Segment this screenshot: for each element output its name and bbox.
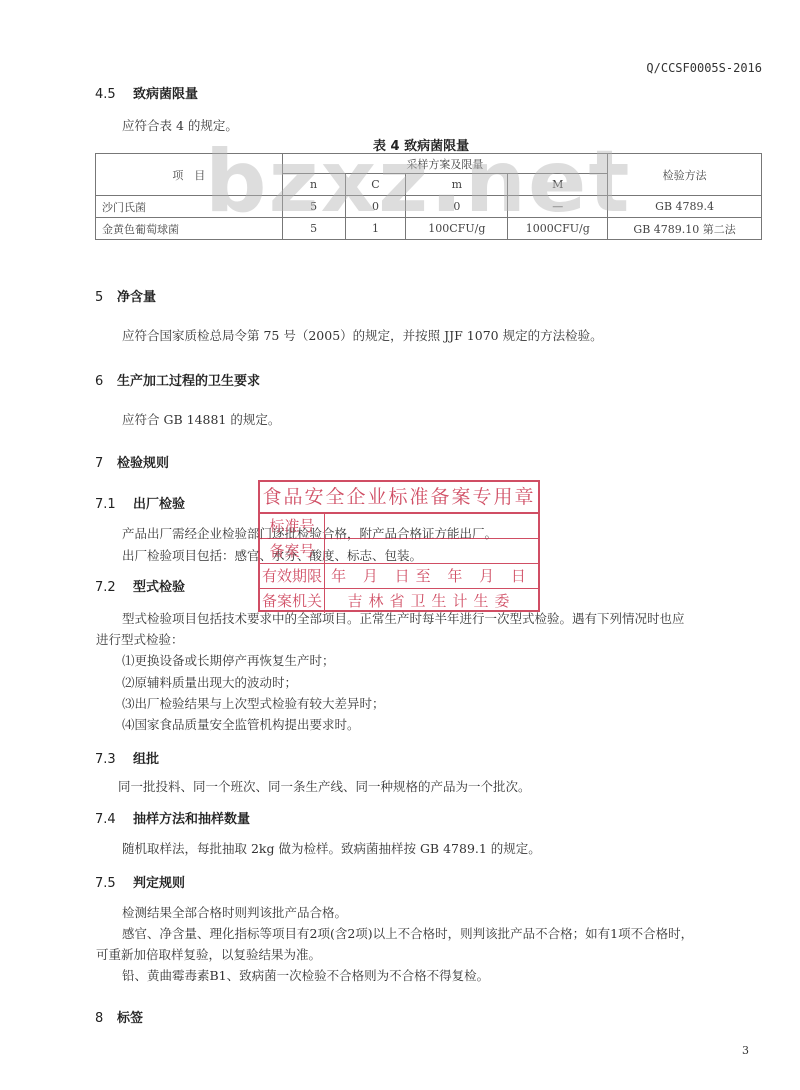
section-7-2-line-2: 进行型式检验：: [96, 630, 184, 648]
section-7-5-line-1: 检测结果全部合格时则判该批产品合格。: [122, 903, 347, 921]
stamp-title: 食品安全企业标准备案专用章: [260, 482, 538, 514]
section-5-heading: 5净含量: [95, 286, 156, 305]
section-7-1-heading: 7.1出厂检验: [95, 493, 185, 512]
cell-n: 5: [282, 218, 345, 240]
header-c: C: [345, 174, 406, 196]
section-7-2-item-3: ⑶出厂检验结果与上次型式检验有较大差异时；: [122, 694, 385, 712]
cell-method: GB 4789.4: [608, 196, 762, 218]
section-7-2-line-1: 型式检验项目包括技术要求中的全部项目。正常生产时每半年进行一次型式检验。遇有下列…: [122, 609, 685, 627]
section-5-text: 应符合国家质检总局令第 75 号（2005）的规定，并按照 JJF 1070 规…: [122, 326, 603, 344]
section-4-5-heading: 4.5致病菌限量: [95, 83, 198, 102]
section-4-5-text: 应符合表 4 的规定。: [122, 116, 238, 134]
section-number: 4.5: [95, 87, 133, 102]
section-7-5-heading: 7.5判定规则: [95, 872, 185, 891]
section-number: 7.4: [95, 812, 133, 827]
section-7-5-line-3: 可重新加倍取样复验，以复验结果为准。: [96, 945, 321, 963]
section-title: 标签: [117, 1011, 143, 1026]
section-title: 生产加工过程的卫生要求: [117, 374, 260, 389]
table-row: 沙门氏菌 5 0 0 — GB 4789.4: [96, 196, 762, 218]
section-number: 6: [95, 374, 117, 389]
document-code: Q/CCSF0005S-2016: [646, 61, 762, 75]
section-7-2-heading: 7.2型式检验: [95, 576, 185, 595]
section-title: 出厂检验: [133, 497, 185, 512]
section-7-1-line-1: 产品出厂需经企业检验部门逐批检验合格，附产品合格证方能出厂。: [122, 524, 497, 542]
section-number: 7.1: [95, 497, 133, 512]
section-7-5-line-4: 铅、黄曲霉毒素B1、致病菌一次检验不合格则为不合格不得复检。: [122, 966, 489, 984]
header-sampling-plan: 采样方案及限量: [282, 154, 608, 174]
section-7-3-text: 同一批投料、同一个班次、同一条生产线、同一种规格的产品为一个批次。: [118, 777, 531, 795]
section-7-3-heading: 7.3组批: [95, 748, 159, 767]
section-7-4-text: 随机取样法，每批抽取 2kg 做为检样。致病菌抽样按 GB 4789.1 的规定…: [122, 839, 541, 857]
section-title: 检验规则: [117, 456, 169, 471]
section-7-5-line-2: 感官、净含量、理化指标等项目有2项(含2项)以上不合格时，则判该批产品不合格；如…: [122, 924, 693, 942]
section-7-4-heading: 7.4抽样方法和抽样数量: [95, 808, 250, 827]
table-caption: 表 4 致病菌限量: [373, 135, 469, 154]
cell-c: 0: [345, 196, 406, 218]
cell-m-lower: 0: [406, 196, 508, 218]
section-number: 7: [95, 456, 117, 471]
section-number: 7.2: [95, 580, 133, 595]
header-test-method: 检验方法: [608, 154, 762, 196]
section-7-2-item-4: ⑷国家食品质量安全监管机构提出要求时。: [122, 715, 360, 733]
section-title: 组批: [133, 752, 159, 767]
cell-m-upper: —: [508, 196, 608, 218]
cell-m-upper: 1000CFU/g: [508, 218, 608, 240]
stamp-row-validity: 有效期限 年 月 日至 年 月 日: [260, 564, 538, 589]
cell-c: 1: [345, 218, 406, 240]
cell-n: 5: [282, 196, 345, 218]
section-title: 抽样方法和抽样数量: [133, 812, 250, 827]
section-number: 7.3: [95, 752, 133, 767]
stamp-label: 有效期限: [260, 564, 325, 588]
stamp-value: 年 月 日至 年 月 日: [325, 564, 538, 588]
cell-item: 金黄色葡萄球菌: [96, 218, 283, 240]
header-m-upper: M: [508, 174, 608, 196]
section-7-2-item-2: ⑵原辅料质量出现大的波动时；: [122, 673, 297, 691]
section-title: 致病菌限量: [133, 87, 198, 102]
header-m-lower: m: [406, 174, 508, 196]
section-number: 7.5: [95, 876, 133, 891]
section-title: 净含量: [117, 290, 156, 305]
cell-method: GB 4789.10 第二法: [608, 218, 762, 240]
header-item: 项 目: [96, 154, 283, 196]
section-number: 8: [95, 1011, 117, 1026]
section-6-heading: 6生产加工过程的卫生要求: [95, 370, 260, 389]
section-number: 5: [95, 290, 117, 305]
header-n: n: [282, 174, 345, 196]
page-number: 3: [742, 1044, 749, 1057]
section-7-1-line-2: 出厂检验项目包括：感官、水分、酸度、标志、包装。: [122, 546, 422, 564]
section-7-2-item-1: ⑴更换设备或长期停产再恢复生产时；: [122, 651, 335, 669]
section-6-text: 应符合 GB 14881 的规定。: [122, 410, 280, 428]
section-title: 型式检验: [133, 580, 185, 595]
pathogen-limits-table: 项 目 采样方案及限量 检验方法 n C m M 沙门氏菌 5 0 0 — GB…: [95, 153, 762, 240]
section-7-heading: 7检验规则: [95, 452, 169, 471]
table-header-row: 项 目 采样方案及限量 检验方法: [96, 154, 762, 174]
section-8-heading: 8标签: [95, 1007, 143, 1026]
table-row: 金黄色葡萄球菌 5 1 100CFU/g 1000CFU/g GB 4789.1…: [96, 218, 762, 240]
section-title: 判定规则: [133, 876, 185, 891]
cell-m-lower: 100CFU/g: [406, 218, 508, 240]
cell-item: 沙门氏菌: [96, 196, 283, 218]
